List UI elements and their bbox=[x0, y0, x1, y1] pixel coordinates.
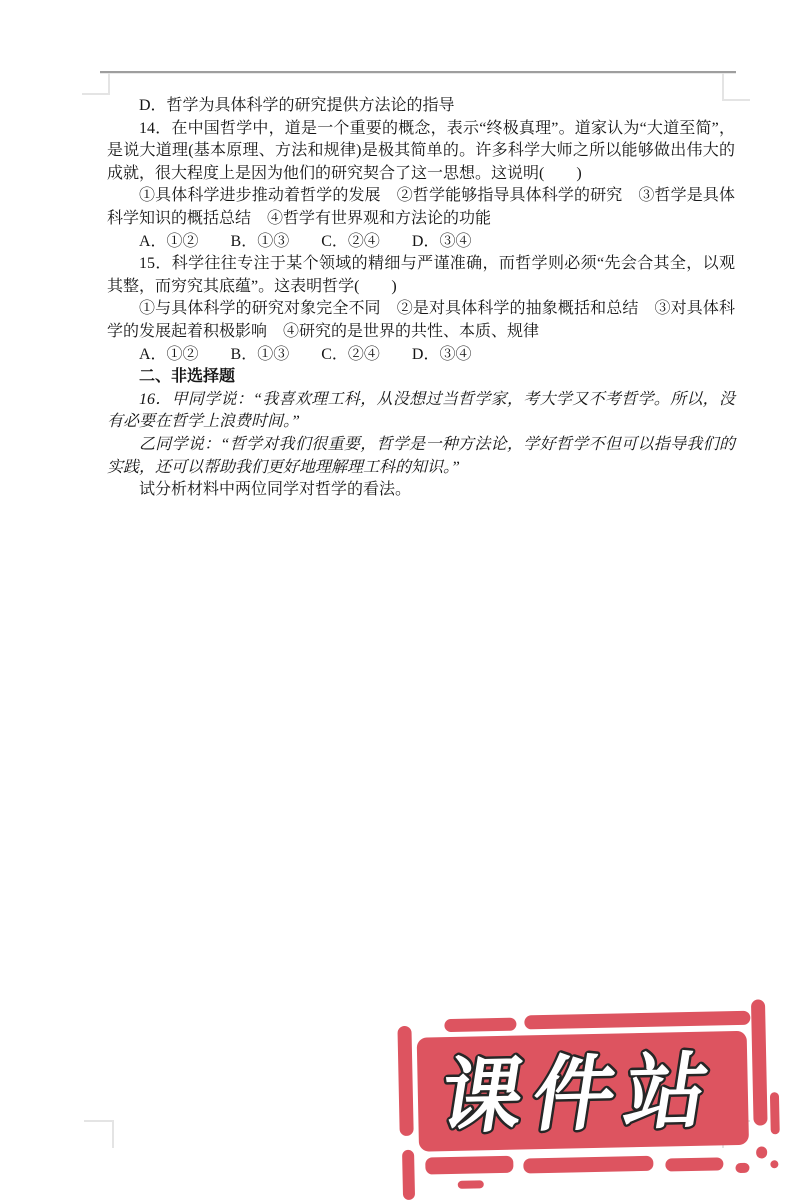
stamp-border-stroke bbox=[425, 1156, 513, 1175]
stamp-border-stroke bbox=[756, 1146, 767, 1158]
stamp-border-stroke bbox=[735, 1163, 749, 1173]
page-boundary-line bbox=[100, 71, 736, 73]
q14-items: ①具体科学进步推动着哲学的发展 ②哲学能够指导具体科学的研究 ③哲学是具体科学知… bbox=[107, 185, 735, 230]
stamp-text-canvas: 课件站 bbox=[417, 1031, 749, 1152]
stamp-text: 课件站 bbox=[434, 1044, 725, 1145]
stamp-border-stroke bbox=[770, 1160, 778, 1168]
q16-speaker-b: 乙同学说：“哲学对我们很重要，哲学是一种方法论，学好哲学不但可以指导我们的实践，… bbox=[107, 434, 735, 479]
stamp-border-stroke bbox=[458, 1180, 484, 1189]
q14-stem: 14．在中国哲学中，道是一个重要的概念，表示“终极真理”。道家认为“大道至简”，… bbox=[107, 118, 735, 186]
document-page: D．哲学为具体科学的研究提供方法论的指导 14．在中国哲学中，道是一个重要的概念… bbox=[0, 0, 800, 1200]
stamp-border-stroke bbox=[402, 1150, 415, 1200]
stamp-border-stroke bbox=[397, 1026, 413, 1136]
q15-choices: A．①② B．①③ C．②④ D．③④ bbox=[107, 344, 735, 367]
kejianzhan-stamp: 课件站 bbox=[394, 994, 794, 1200]
q16-speaker-a: 16．甲同学说：“我喜欢理工科，从没想过当哲学家，考大学又不考哲学。所以，没有必… bbox=[107, 389, 735, 434]
stamp-border-stroke bbox=[665, 1157, 723, 1171]
q15-stem: 15．科学往往专注于某个领域的精细与严谨准确，而哲学则必须“先会合其全，以观其整… bbox=[107, 253, 735, 298]
section2-heading: 二、非选择题 bbox=[107, 366, 735, 389]
choice-d-line: D．哲学为具体科学的研究提供方法论的指导 bbox=[107, 95, 735, 118]
q16-task: 试分析材料中两位同学对哲学的看法。 bbox=[107, 479, 735, 502]
stamp-body: 课件站 bbox=[417, 1031, 749, 1152]
stamp-border-stroke bbox=[524, 1011, 750, 1030]
stamp-border-stroke bbox=[751, 999, 768, 1125]
stamp-border-stroke bbox=[770, 1092, 780, 1134]
stamp-border-stroke bbox=[444, 1018, 516, 1033]
stamp-border-stroke bbox=[523, 1156, 653, 1174]
q14-choices: A．①② B．①③ C．②④ D．③④ bbox=[107, 231, 735, 254]
text-boundary-mark-top-left bbox=[82, 73, 110, 95]
text-boundary-mark-bottom-left bbox=[84, 1120, 114, 1148]
q15-items: ①与具体科学的研究对象完全不同 ②是对具体科学的抽象概括和总结 ③对具体科学的发… bbox=[107, 298, 735, 343]
exam-text-block: D．哲学为具体科学的研究提供方法论的指导 14．在中国哲学中，道是一个重要的概念… bbox=[107, 95, 735, 502]
